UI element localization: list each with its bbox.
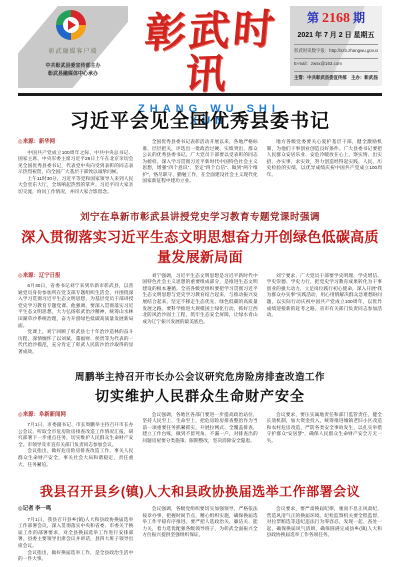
article-kicker: 刘宁在阜新市彰武县讲授党史学习教育专题党课时强调: [18, 209, 382, 223]
body-paragraph: 会议要求，要压实属地责任和部门监管责任，健全长效机制，加大资金投入，统筹推进城镇…: [267, 412, 382, 445]
article-column: ◎来源：辽宁日报6月30日，省委书记刘宁来到阜新市彰武县，以普通党员身份参加所在…: [18, 273, 133, 356]
article-column: 会议要求，要严肃换届纪律，驰而不息正风肃纪，营造风清气正的换届环境。纪检监察机关…: [267, 506, 382, 563]
article-column: 会议强调，各地区各部门要进一步提高政治站位，坚持人民至上、生命至上，把危房险房排…: [142, 412, 257, 469]
article-body: ◎记者 李一鸣7月1日，我县召开县乡(镇)人大和县政协换届选举工作部署会议，深入…: [18, 506, 382, 563]
page-content: 习近平会见全国优秀县委书记 ◎来源：新华网中国共产党成立100周年之际，中共中央…: [18, 106, 382, 563]
article-title: 习近平会见全国优秀县委书记: [18, 106, 382, 133]
media-app-logo-icon: [56, 10, 86, 40]
body-paragraph: 7月1日，我县召开县乡(镇)人大和县政协换届选举工作部署会议，深入贯彻落实中央和…: [18, 517, 133, 550]
article-body: ◎来源：阜新新闻网7月1日，市委副书记、市长周鹏举主持召开市长办公会议，听取全市…: [18, 412, 382, 469]
credits-line: 主管：中共彰武县委宣传部 主办：彰武县融媒体中心: [294, 71, 378, 81]
article-column: 刘宁要求，广大党员干部要学史明理、学史增信、学史崇德、学史力行，把党史学习教育成…: [267, 273, 382, 356]
newspaper-title-cn: 彰武时讯: [126, 7, 292, 99]
article-column: ◎来源：阜新新闻网7月1日，市委副书记、市长周鹏举主持召开市长办公会议，听取全市…: [18, 412, 133, 469]
issue-prefix: 第: [307, 11, 319, 25]
body-paragraph: 刘宁强调，习近平生态文明思想是习近平新时代中国特色社会主义思想的重要组成部分，是…: [142, 273, 257, 326]
article-kicker: 周鹏举主持召开市长办公会议研究危房险房排查改造工作: [18, 369, 382, 383]
article-column: 全国优秀县委书记表彰活动开展以来，各地严格标准、层层把关，评选出一批政治过硬、实…: [142, 139, 257, 196]
body-paragraph: 会议强调，各地区各部门要进一步提高政治站位，坚持人民至上、生命至上，把危房险房排…: [142, 412, 257, 445]
article-byline: ◎记者 李一鸣: [18, 506, 133, 514]
masthead: 彰武融媒客户端 中共彰武县委宣传部主办 彰武县融媒体中心承办 彰武时讯 ZHAN…: [18, 6, 382, 92]
article-column: 会议要求，要压实属地责任和部门监管责任，健全长效机制，加大资金投入，统筹推进城镇…: [267, 412, 382, 469]
website-line: 彰武时讯数字报：http://szb.zhangwu.gov.cn: [294, 44, 378, 54]
body-paragraph: 上午11时30分，习近平等党和国家领导人来到人民大会堂东大厅，全场响起热烈的掌声…: [18, 176, 133, 196]
body-paragraph: 会议指出，做好换届选举工作，是全县政治生活中的一件大事。: [18, 550, 133, 563]
article-body: ◎来源：辽宁日报6月30日，省委书记刘宁来到阜新市彰武县，以普通党员身份参加所在…: [18, 273, 382, 356]
article-byline: ◎来源：辽宁日报: [18, 273, 133, 281]
article-mayor-meeting: 周鹏举主持召开市长办公会议研究危房险房排查改造工作 切实维护人民群众生命财产安全…: [18, 369, 382, 469]
play-triangle-icon: [68, 20, 76, 30]
article-xi-meeting: 习近平会见全国优秀县委书记 ◎来源：新华网中国共产党成立100周年之际，中共中央…: [18, 106, 382, 196]
article-body: ◎来源：新华网中国共产党成立100周年之际，中共中央总书记、国家主席、中央军委主…: [18, 139, 382, 196]
organizer-line-2: 彰武县融媒体中心承办: [18, 70, 128, 78]
organizer-line-1: 中共彰武县委宣传部主办: [18, 62, 128, 70]
issue-suffix: 期: [353, 11, 365, 25]
issue-number: 2168: [322, 11, 350, 26]
email-line: E-mail：zwsx@163.com: [294, 58, 378, 68]
masthead-info-box: 第 2168 期 2021 年 7 月 2 日 星期五 彰武时讯数字报：http…: [290, 6, 382, 86]
article-column: ◎记者 李一鸣7月1日，我县召开县乡(镇)人大和县政协换届选举工作部署会议，深入…: [18, 506, 133, 563]
body-paragraph: 7月1日，市委副书记、市长周鹏举主持召开市长办公会议，听取全市危房险房排查改造工…: [18, 422, 133, 448]
body-paragraph: 会议强调，各级党组织要切实加强领导，严格依法按章办事，把握时间节点，精心组织实施…: [142, 506, 257, 539]
masthead-logo-zone: 彰武融媒客户端 中共彰武县委宣传部主办 彰武县融媒体中心承办: [18, 6, 128, 88]
article-title: 切实维护人民群众生命财产安全: [18, 386, 382, 406]
media-app-name: 彰武融媒客户端: [18, 46, 128, 55]
newspaper-page: 彰武融媒客户端 中共彰武县委宣传部主办 彰武县融媒体中心承办 彰武时讯 ZHAN…: [0, 0, 400, 567]
article-byline: ◎来源：阜新新闻网: [18, 412, 133, 420]
article-byline: ◎来源：新华网: [18, 139, 133, 147]
issue-line: 第 2168 期: [294, 9, 378, 27]
article-liuning-lecture: 刘宁在阜新市彰武县讲授党史学习教育专题党课时强调 深入贯彻落实习近平生态文明思想…: [18, 209, 382, 356]
body-paragraph: 党课上，刘宁回顾了彰武县七十年治沙造林的奋斗历程，深情缅怀了以刘斌、董福财、侯贵…: [18, 329, 133, 355]
article-election-meeting: 我县召开县乡(镇)人大和县政协换届选举工作部署会议 ◎记者 李一鸣7月1日，我县…: [18, 481, 382, 563]
article-column: 会议强调，各级党组织要切实加强领导，严格依法按章办事，把握时间节点，精心组织实施…: [142, 506, 257, 563]
article-title: 我县召开县乡(镇)人大和县政协换届选举工作部署会议: [18, 481, 382, 500]
organizer-lines: 中共彰武县委宣传部主办 彰武县融媒体中心承办: [18, 62, 128, 78]
body-paragraph: 全国优秀县委书记表彰活动开展以来，各地严格标准、层层把关，评选出一批政治过硬、实…: [142, 139, 257, 185]
article-column: 地方各级党委要关心爱护基层干部，健全激励机制，为他们干事创业创造良好条件。广大县…: [267, 139, 382, 196]
body-paragraph: 地方各级党委要关心爱护基层干部，健全激励机制，为他们干事创业创造良好条件。广大县…: [267, 139, 382, 178]
article-title: 深入贯彻落实习近平生态文明思想奋力开创绿色低碳高质量发展新局面: [18, 227, 382, 267]
body-paragraph: 刘宁要求，广大党员干部要学史明理、学史增信、学史崇德、学史力行，把党史学习教育成…: [267, 273, 382, 319]
body-paragraph: 中国共产党成立100周年之际，中共中央总书记、国家主席、中央军委主席习近平29日…: [18, 150, 133, 176]
publication-date: 2021 年 7 月 2 日 星期五: [294, 30, 378, 40]
body-paragraph: 会议指出，做好危房险房排查改造工作，事关人民群众生命财产安全，事关社会大局和谐稳…: [18, 448, 133, 468]
body-paragraph: 6月30日，省委书记刘宁来到阜新市彰武县，以普通党员身份参加所在党支部专题组织生…: [18, 283, 133, 329]
article-column: 刘宁强调，习近平生态文明思想是习近平新时代中国特色社会主义思想的重要组成部分，是…: [142, 273, 257, 356]
body-paragraph: 会议要求，要严肃换届纪律，驰而不息正风肃纪，营造风清气正的换届环境。纪检监察机关…: [267, 506, 382, 539]
article-column: ◎来源：新华网中国共产党成立100周年之际，中共中央总书记、国家主席、中央军委主…: [18, 139, 133, 196]
